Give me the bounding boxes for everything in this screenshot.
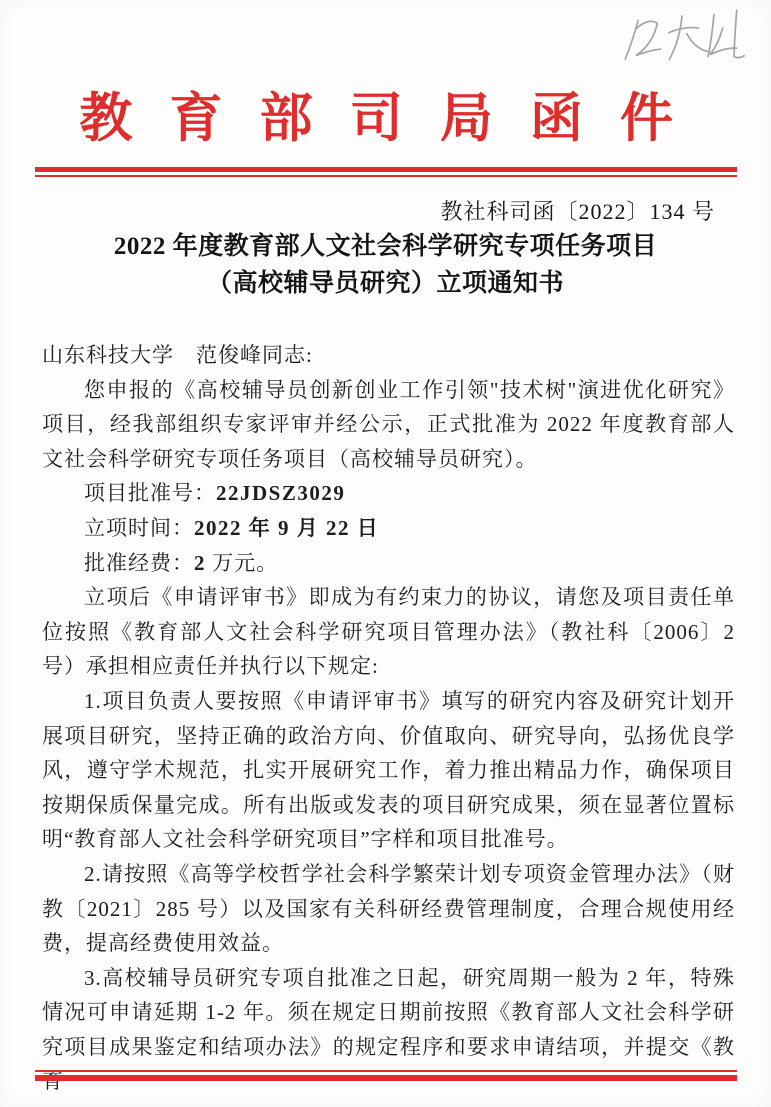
handwritten-annotation xyxy=(616,3,751,70)
document-reference-number: 教社科司函〔2022〕134 号 xyxy=(440,195,715,226)
project-date-label: 立项时间： xyxy=(84,516,194,540)
paragraph-agreement-terms: 立项后《申请评审书》即成为有约束力的协议，请您及项目责任单位按照《教育部人文社会… xyxy=(42,580,735,684)
approval-number-value: 22JDSZ3029 xyxy=(216,481,345,505)
project-date-value: 2022 年 9 月 22 日 xyxy=(194,516,379,540)
project-date-line: 立项时间：2022 年 9 月 22 日 xyxy=(42,511,735,546)
approval-number-label: 项目批准号： xyxy=(84,481,216,505)
document-title-line1: 2022 年度教育部人文社会科学研究专项任务项目 xyxy=(0,228,771,265)
project-fund-unit: 万元。 xyxy=(206,551,278,575)
divider-thin-line xyxy=(35,175,737,177)
paragraph-approval-intro: 您申报的《高校辅导员创新创业工作引领"技术树"演进优化研究》项目，经我部组织专家… xyxy=(42,373,735,477)
document-title-line2: （高校辅导员研究）立项通知书 xyxy=(0,265,771,302)
letterhead-title: 教育部司局函件 xyxy=(0,92,771,148)
official-letter-page: 教育部司局函件 教社科司函〔2022〕134 号 2022 年度教育部人文社会科… xyxy=(0,0,771,1107)
footer-divider-thick-line xyxy=(35,1075,737,1081)
paragraph-rule-1: 1.项目负责人要按照《申请评审书》填写的研究内容及研究计划开展项目研究，坚持正确… xyxy=(42,684,735,857)
paragraph-rule-2: 2.请按照《高等学校哲学社会科学繁荣计划专项资金管理办法》（财教〔2021〕28… xyxy=(42,857,735,961)
footer-divider xyxy=(35,1070,737,1081)
salutation: 山东科技大学 范俊峰同志: xyxy=(42,338,735,373)
project-fund-line: 批准经费：2 万元。 xyxy=(42,546,735,581)
letter-body: 山东科技大学 范俊峰同志: 您申报的《高校辅导员创新创业工作引领"技术树"演进优… xyxy=(42,338,735,1099)
project-approval-number-line: 项目批准号：22JDSZ3029 xyxy=(42,476,735,511)
project-fund-value: 2 xyxy=(194,551,206,575)
project-fund-label: 批准经费： xyxy=(84,551,194,575)
footer-divider-thin-line xyxy=(35,1070,737,1072)
masthead-divider xyxy=(35,167,737,177)
document-title: 2022 年度教育部人文社会科学研究专项任务项目 （高校辅导员研究）立项通知书 xyxy=(0,228,771,302)
divider-thick-line xyxy=(35,167,737,172)
